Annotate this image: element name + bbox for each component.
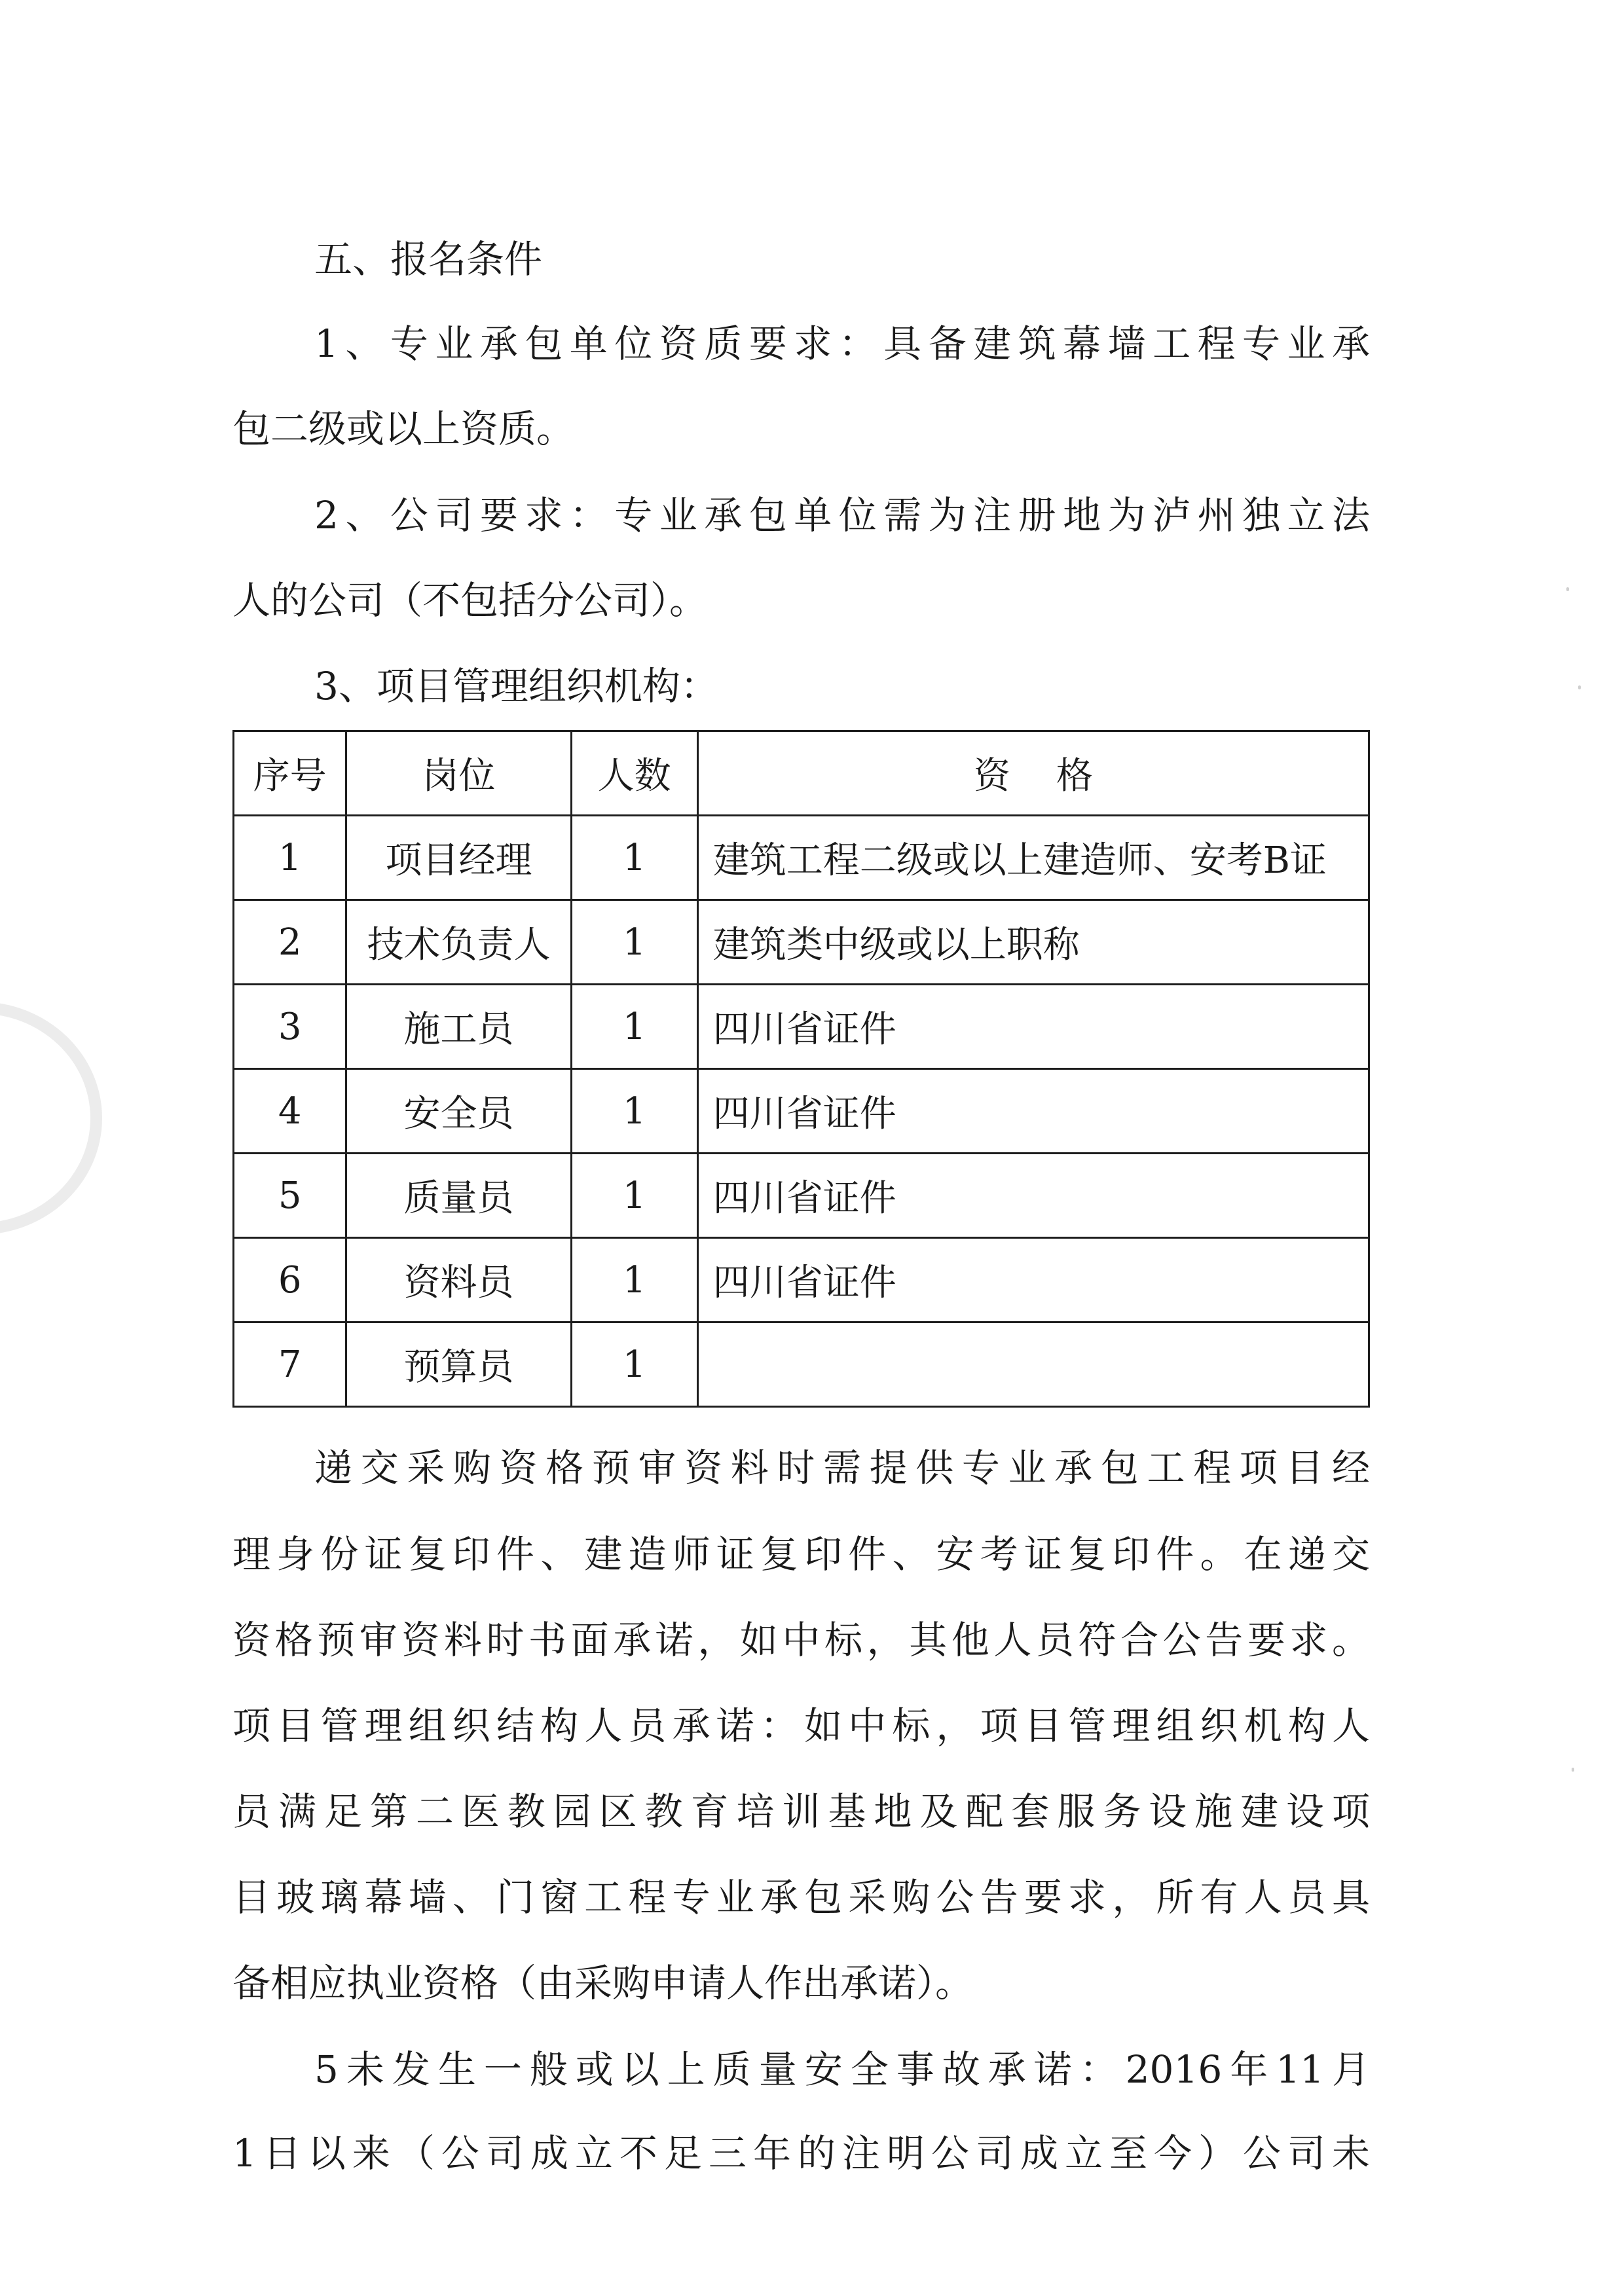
document-page: 五、报名条件 1、专业承包单位资质要求：具备建筑幕墙工程专业承 包二级或以上资质… [0, 0, 1624, 2296]
paragraph-line-5: 员满足第二医教园区教育培训基地及配套服务设施建设项 [232, 1782, 1370, 1841]
cell-position: 预算员 [346, 1322, 571, 1407]
cell-count: 1 [571, 1238, 697, 1322]
item5-line1: 5未发生一般或以上质量安全事故承诺：2016年11月 [314, 2040, 1370, 2099]
item3-heading: 3、项目管理组织机构： [314, 657, 1370, 716]
scan-speck [1578, 685, 1581, 689]
cell-position: 技术负责人 [346, 900, 571, 985]
cell-qualification: 四川省证件 [697, 1238, 1369, 1322]
header-count: 人数 [571, 731, 697, 816]
cell-no: 6 [234, 1238, 346, 1322]
table-row: 6 资料员 1 四川省证件 [234, 1238, 1369, 1322]
paragraph-line-3: 资格预审资料时书面承诺，如中标，其他人员符合公告要求。 [232, 1611, 1370, 1669]
cell-no: 7 [234, 1322, 346, 1407]
table-header-row: 序号 岗位 人数 资格 [234, 731, 1369, 816]
faint-seal-stamp [0, 1002, 102, 1235]
paragraph-line-7: 备相应执业资格（由采购申请人作出承诺）。 [232, 1954, 1370, 2013]
cell-no: 3 [234, 985, 346, 1069]
paragraph-line-2: 理身份证复印件、建造师证复印件、安考证复印件。在递交 [232, 1525, 1370, 1584]
header-position: 岗位 [346, 731, 571, 816]
item2-line2: 人的公司（不包括分公司）。 [232, 571, 1370, 630]
project-management-table: 序号 岗位 人数 资格 1 项目经理 1 建筑工程二级或以上建造师、安考B证 2… [232, 730, 1370, 1408]
table-row: 4 安全员 1 四川省证件 [234, 1069, 1369, 1154]
table-row: 5 质量员 1 四川省证件 [234, 1154, 1369, 1238]
table-row: 3 施工员 1 四川省证件 [234, 985, 1369, 1069]
cell-count: 1 [571, 816, 697, 900]
table-row: 2 技术负责人 1 建筑类中级或以上职称 [234, 900, 1369, 985]
header-qualification: 资格 [697, 731, 1369, 816]
cell-qualification: 四川省证件 [697, 1154, 1369, 1238]
table-row: 7 预算员 1 [234, 1322, 1369, 1407]
cell-count: 1 [571, 1154, 697, 1238]
table-row: 1 项目经理 1 建筑工程二级或以上建造师、安考B证 [234, 816, 1369, 900]
scan-speck [1572, 1768, 1574, 1772]
cell-position: 资料员 [346, 1238, 571, 1322]
item5-line2: 1日以来（公司成立不足三年的注明公司成立至今）公司未 [232, 2124, 1370, 2183]
scan-speck [1566, 587, 1569, 591]
cell-count: 1 [571, 900, 697, 985]
cell-count: 1 [571, 1069, 697, 1154]
cell-no: 4 [234, 1069, 346, 1154]
item1-line2: 包二级或以上资质。 [232, 399, 1370, 458]
item2-line1: 2、公司要求：专业承包单位需为注册地为泸州独立法 [314, 486, 1370, 545]
cell-qualification [697, 1322, 1369, 1407]
section-heading: 五、报名条件 [314, 230, 1370, 289]
cell-qualification: 四川省证件 [697, 1069, 1369, 1154]
item1-line1: 1、专业承包单位资质要求：具备建筑幕墙工程专业承 [314, 314, 1370, 373]
cell-qualification: 建筑工程二级或以上建造师、安考B证 [697, 816, 1369, 900]
cell-no: 1 [234, 816, 346, 900]
paragraph-line-6: 目玻璃幕墙、门窗工程专业承包采购公告要求，所有人员具 [232, 1868, 1370, 1927]
cell-qualification: 建筑类中级或以上职称 [697, 900, 1369, 985]
cell-position: 施工员 [346, 985, 571, 1069]
cell-position: 质量员 [346, 1154, 571, 1238]
header-no: 序号 [234, 731, 346, 816]
cell-no: 5 [234, 1154, 346, 1238]
cell-count: 1 [571, 1322, 697, 1407]
cell-no: 2 [234, 900, 346, 985]
cell-position: 安全员 [346, 1069, 571, 1154]
cell-count: 1 [571, 985, 697, 1069]
cell-qualification: 四川省证件 [697, 985, 1369, 1069]
paragraph-line-1: 递交采购资格预审资料时需提供专业承包工程项目经 [314, 1438, 1370, 1497]
cell-position: 项目经理 [346, 816, 571, 900]
paragraph-line-4: 项目管理组织结构人员承诺：如中标，项目管理组织机构人 [232, 1696, 1370, 1755]
